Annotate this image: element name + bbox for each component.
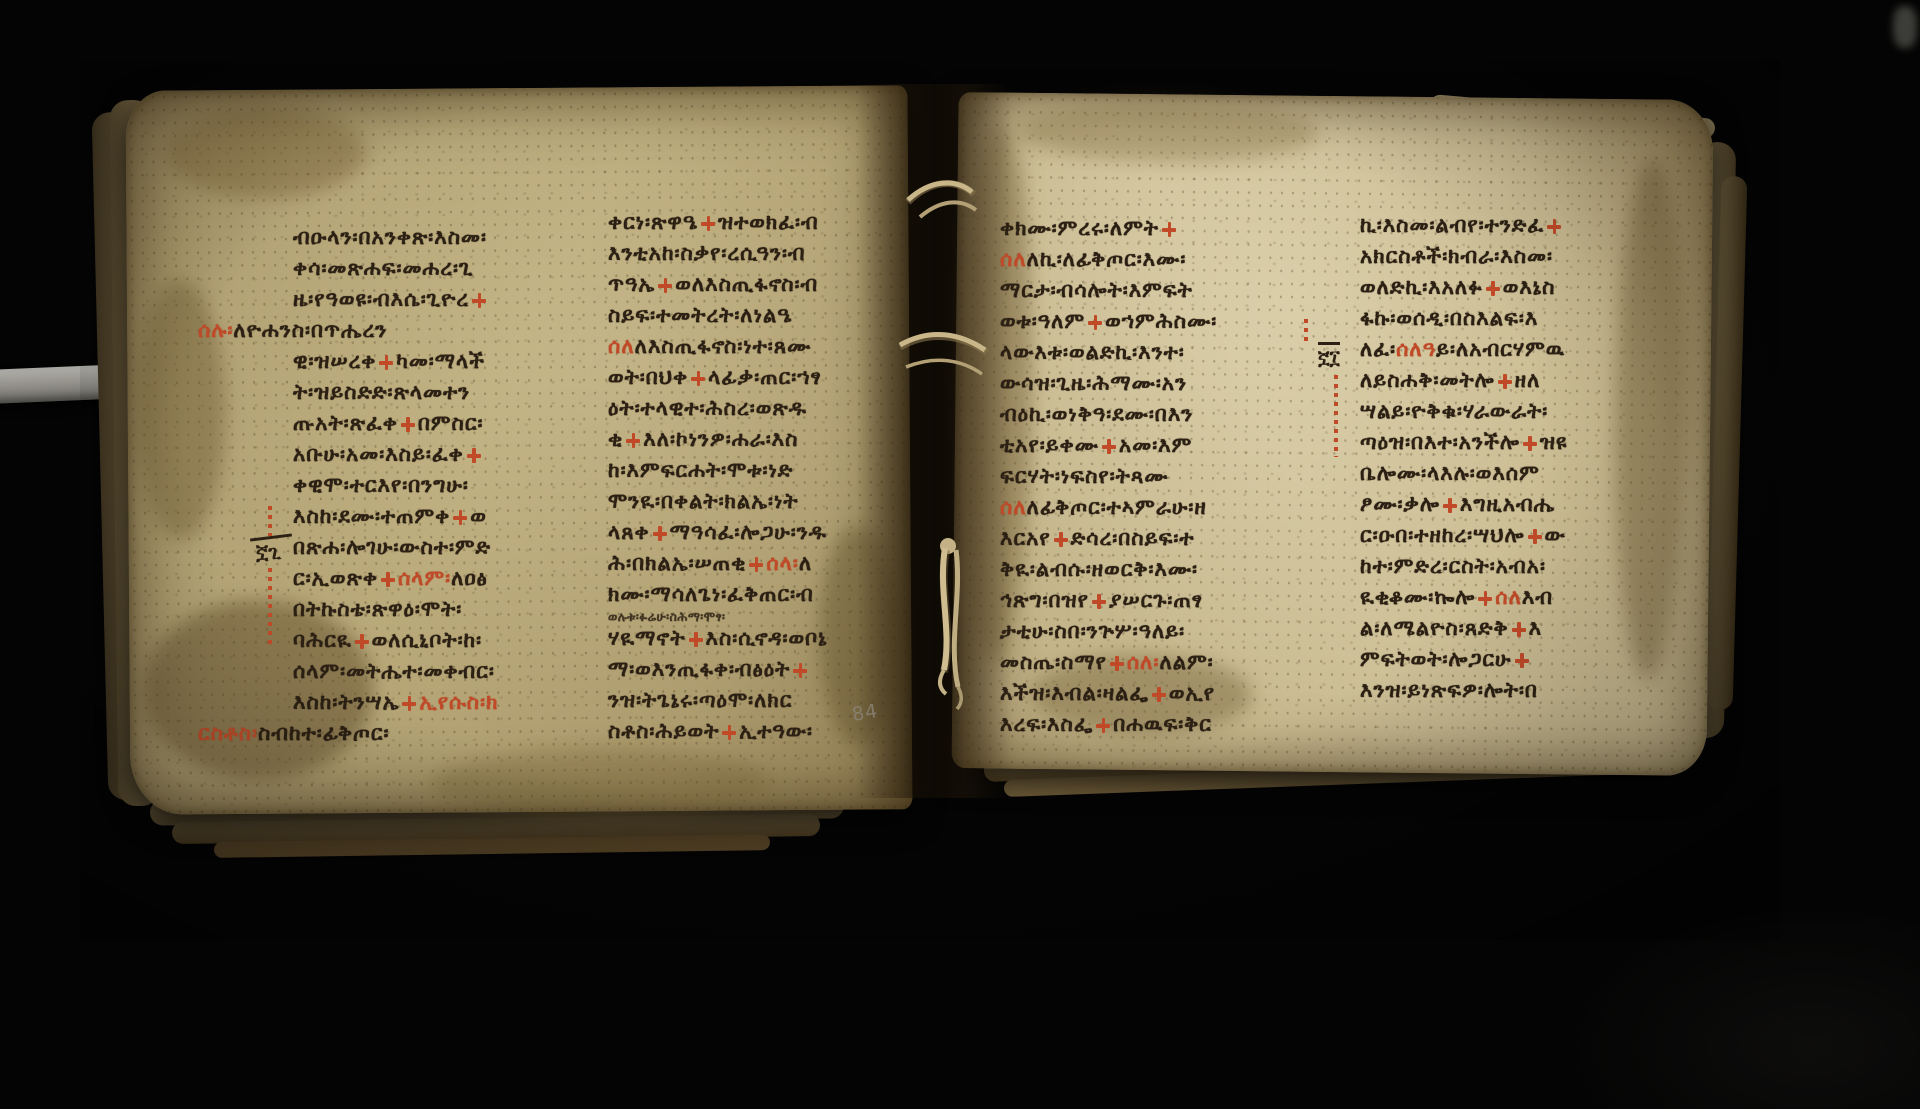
red-dot-ornament [1334, 375, 1338, 457]
quire-mark-label: ኟጊ [256, 540, 281, 564]
red-dot-ornament [1304, 319, 1308, 341]
stain [1018, 101, 1319, 164]
left-page [125, 85, 912, 814]
stain [143, 599, 374, 781]
stain [430, 746, 770, 818]
parchment-texture [125, 85, 912, 814]
red-dot-ornament [268, 506, 272, 536]
parchment-texture [951, 92, 1713, 776]
right-page [951, 92, 1713, 776]
stain [959, 122, 1035, 663]
backdrop-sheen [1560, 900, 1920, 1109]
stain [1032, 653, 1253, 735]
backdrop-speck [1893, 6, 1917, 48]
marginal-quire-mark-left: ኟጊ [256, 540, 281, 564]
marginal-quire-mark-right: ኟ፲ [1318, 342, 1340, 369]
stain [1612, 159, 1687, 680]
quire-mark-label: ኟ፲ [1318, 347, 1340, 369]
red-dot-ornament [268, 568, 272, 646]
stain [135, 280, 227, 541]
folio-number-pencil: 84 [850, 700, 879, 726]
photo-backdrop: ብዑላን፡በአንቀጽ፡እስመ፡ቀሳ፡መጽሐፍ፡መሐረ፡ጊዜ፡የዓወዩ፡ብእሴ፡ጊ… [0, 0, 1920, 1109]
stain [166, 107, 367, 198]
